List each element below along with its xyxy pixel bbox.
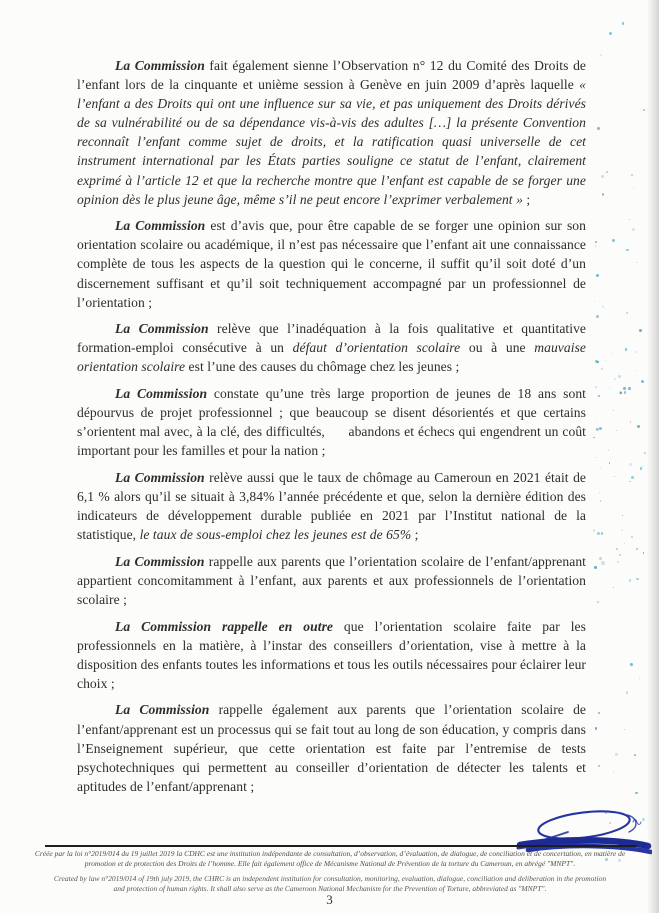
paragraph: La Commission rappelle aux parents que l…: [77, 552, 586, 609]
speck-dot: [594, 301, 595, 302]
speck-dot: [600, 500, 602, 502]
speck-dot: [626, 249, 628, 251]
speck-dot: [599, 557, 602, 560]
speck-dot: [642, 466, 644, 468]
page-number: 3: [0, 892, 659, 908]
speck-dot: [630, 663, 633, 666]
speck-dot: [614, 476, 615, 477]
paragraph: La Commission relève que l’inadéquation …: [77, 319, 586, 376]
speck-dot: [616, 430, 617, 431]
speck-dot: [614, 378, 617, 381]
text-run: « l’enfant a des Droits qui ont une infl…: [77, 77, 586, 207]
speck-dot: [626, 691, 629, 694]
speck-dot: [619, 554, 621, 556]
text-run: est l’une des causes du chômage chez les…: [185, 359, 459, 374]
commission-lead: La Commission: [115, 702, 209, 717]
speck-dot: [629, 463, 632, 466]
text-run: ;: [411, 527, 418, 542]
speck-dot: [631, 536, 633, 538]
speck-dot: [617, 561, 619, 563]
speck-dot: [636, 578, 638, 580]
speck-dot: [631, 476, 634, 479]
speck-dot: [626, 312, 628, 314]
speck-dot: [593, 437, 594, 438]
paragraph: La Commission relève aussi que le taux d…: [77, 468, 586, 544]
text-run: ;: [523, 192, 530, 207]
speck-dot: [601, 532, 604, 535]
speck-dot: [637, 425, 640, 428]
speck-dot: [602, 305, 605, 308]
commission-lead: La Commission: [115, 218, 205, 233]
paragraph: La Commission fait également sienne l’Ob…: [77, 56, 586, 209]
speck-dot: [598, 395, 600, 397]
speck-dot: [622, 515, 623, 516]
speck-dot: [615, 753, 618, 756]
speck-dot: [640, 467, 643, 470]
speck-dot: [619, 391, 622, 394]
speck-dot: [624, 729, 625, 730]
speck-dot: [629, 579, 632, 582]
speck-dot: [625, 348, 628, 351]
speck-dot: [624, 391, 627, 394]
speck-dot: [593, 529, 596, 532]
speck-dot: [636, 370, 637, 371]
speck-dot: [624, 543, 625, 544]
speck-dot: [599, 492, 600, 493]
speck-dot: [611, 353, 613, 355]
speck-dot: [595, 241, 597, 243]
commission-lead: La Commission: [115, 321, 209, 336]
speck-dot: [628, 387, 631, 390]
speck-dot: [597, 601, 599, 603]
speck-dot: [599, 427, 602, 430]
speck-dot: [597, 361, 599, 363]
speck-dot: [629, 219, 631, 221]
speck-dot: [622, 22, 624, 24]
speck-dot: [643, 109, 645, 111]
speck-dot: [635, 792, 638, 795]
speck-dot: [596, 274, 599, 277]
speck-dot: [601, 175, 604, 178]
speck-dot: [600, 468, 601, 469]
speck-dot: [608, 449, 610, 451]
text-run: défaut d’orientation scolaire: [293, 340, 461, 355]
speck-dot: [621, 530, 623, 532]
speck-dot: [596, 315, 599, 318]
speck-dot: [629, 481, 631, 483]
speck-dot: [639, 678, 640, 679]
commission-lead: La Commission: [115, 386, 207, 401]
commission-lead: La Commission: [115, 470, 205, 485]
text-run: le taux de sous-emploi chez les jeunes e…: [140, 527, 412, 542]
speck-dot: [595, 727, 598, 730]
speck-dot: [620, 392, 622, 394]
speck-dot: [605, 360, 606, 361]
document-body: La Commission fait également sienne l’Ob…: [77, 56, 586, 803]
speck-dot: [609, 32, 612, 35]
speck-dot: [631, 174, 634, 177]
speck-dot: [616, 548, 618, 550]
speck-dot: [639, 329, 642, 332]
speck-dot: [643, 552, 645, 554]
speck-dot: [612, 239, 615, 242]
commission-lead: La Commission: [115, 554, 204, 569]
scan-edge-shadow: [647, 0, 659, 913]
text-run: ou à une: [460, 340, 534, 355]
speck-dot: [602, 193, 604, 195]
speck-dot: [632, 228, 635, 231]
paragraph: La Commission est d’avis que, pour être …: [77, 216, 586, 311]
speck-dot: [634, 754, 636, 756]
speck-dot: [635, 351, 638, 354]
speck-dot: [609, 388, 611, 390]
speck-dot: [598, 765, 600, 767]
speck-dot: [613, 772, 615, 774]
speck-dot: [644, 452, 646, 454]
speck-dot: [636, 548, 639, 551]
speck-dot: [636, 262, 637, 263]
speck-dot: [618, 375, 621, 378]
speck-dot: [595, 386, 597, 388]
paragraph: La Commission constate qu’une très large…: [77, 384, 586, 460]
speck-dot: [597, 532, 600, 535]
commission-lead: La Commission: [115, 58, 205, 73]
speck-dot: [596, 457, 597, 458]
footer-divider: [45, 845, 637, 847]
footer-note-french: Créée par la loi n°2019/014 du 19 juille…: [30, 849, 630, 868]
speck-dot: [594, 566, 597, 569]
speck-dot: [623, 387, 626, 390]
speck-dot: [630, 421, 632, 423]
speck-dot: [609, 462, 610, 463]
speck-dot: [598, 712, 600, 714]
speck-dot: [641, 380, 644, 383]
speck-dot: [596, 428, 599, 431]
paragraph: La Commission rappelle en outre que l’or…: [77, 617, 586, 693]
speck-dot: [613, 410, 614, 411]
speck-dot: [601, 561, 604, 564]
speck-dot: [597, 127, 600, 130]
speck-dot: [595, 360, 598, 363]
speck-dot: [633, 187, 635, 189]
speck-dot: [600, 54, 602, 56]
speck-dot: [601, 368, 603, 370]
speck-dot: [596, 428, 598, 430]
speck-dot: [595, 245, 596, 246]
speck-dot: [613, 587, 614, 588]
footer-note-english: Created by law n°2019/014 of 19th july 2…: [50, 874, 610, 893]
paragraph: La Commission rappelle également aux par…: [77, 700, 586, 795]
speck-dot: [606, 171, 608, 173]
speck-dot: [596, 418, 597, 419]
commission-lead: La Commission rappelle en outre: [115, 619, 333, 634]
document-page: La Commission fait également sienne l’Ob…: [0, 0, 659, 913]
